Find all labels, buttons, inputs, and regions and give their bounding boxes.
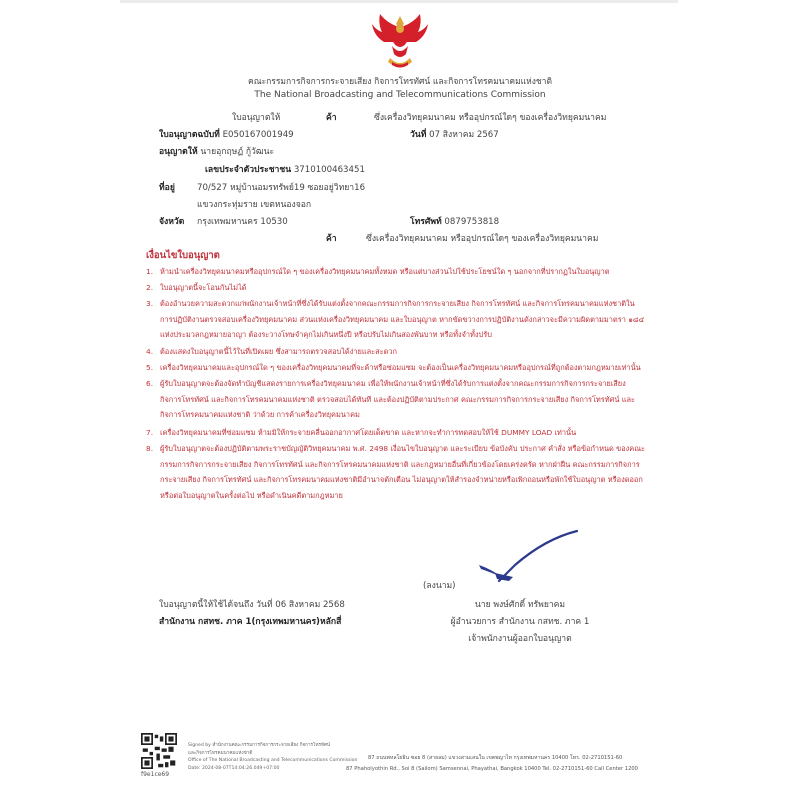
qr-code-id: f9e1ce69 xyxy=(141,771,169,778)
qr-code-icon[interactable] xyxy=(141,733,177,769)
sign-label: (ลงนาม) xyxy=(423,578,456,592)
license-number-label: ใบอนุญาตฉบับที่ xyxy=(159,130,220,140)
garuda-emblem-icon xyxy=(368,12,432,74)
trade-label: ค้า xyxy=(326,110,337,124)
license-number-value: E050167001949 xyxy=(223,130,294,140)
grant-label: ใบอนุญาตให้ xyxy=(232,110,280,124)
signer-title: ผู้อำนวยการ สำนักงาน กสทช. ภาค 1 xyxy=(400,614,640,628)
province-value: กรุงเทพมหานคร 10530 xyxy=(197,214,288,228)
condition-item: 4. ต้องแสดงใบอนุญาตนี้ไว้ในที่เปิดเผย ซึ… xyxy=(146,344,646,360)
condition-item: 7. เครื่องวิทยุคมนาคมที่ซ่อมแซม ห้ามมิให… xyxy=(146,425,646,441)
license-number-row: ใบอนุญาตฉบับที่ E050167001949 xyxy=(159,127,294,141)
agency-name-thai: คณะกรรมการกิจการกระจายเสียง กิจการโทรทัศ… xyxy=(0,74,800,88)
grantee-row: อนุญาตให้ นายอุกฤษฏ์ กู้วัฒนะ xyxy=(159,144,274,158)
valid-until: ใบอนุญาตนี้ให้ใช้ได้จนถึง วันที่ 06 สิงห… xyxy=(159,597,345,611)
condition-item: 1. ห้ามนำเครื่องวิทยุคมนาคมหรืออุปกรณ์ใด… xyxy=(146,264,646,280)
phone-row: โทรศัพท์ 0879753818 xyxy=(410,214,499,228)
issue-date-label: วันที่ xyxy=(410,130,426,140)
issue-date-row: วันที่ 07 สิงหาคม 2567 xyxy=(410,127,499,141)
issue-date-value: 07 สิงหาคม 2567 xyxy=(429,130,499,140)
signer-name: นาย พงษ์ศักดิ์ ทรัพยาคม xyxy=(400,597,640,611)
signature-mark-icon xyxy=(475,525,585,585)
phone-label: โทรศัพท์ xyxy=(410,217,442,227)
condition-item: 5. เครื่องวิทยุคมนาคมและอุปกรณ์ใด ๆ ของเ… xyxy=(146,360,646,376)
citizen-id-row: เลขประจำตัวประชาชน 3710100463451 xyxy=(205,162,365,176)
signer-role: เจ้าพนักงานผู้ออกใบอนุญาต xyxy=(400,631,640,645)
citizen-id-value: 3710100463451 xyxy=(294,165,365,175)
footer-address-thai: 87 ถนนพหลโยธิน ซอย 8 (สายลม) แขวงสามเสนใ… xyxy=(368,754,622,762)
trade-value: ซึ่งเครื่องวิทยุคมนาคม หรืออุปกรณ์ใดๆ ขอ… xyxy=(374,110,606,124)
signed-date: Date: 2024-08-07T14:04:26.049+07:00 xyxy=(188,766,279,771)
address-line-1: 70/527 หมู่บ้านอมรทรัพย์19 ซอยอยู่วิทยา1… xyxy=(197,180,365,194)
agency-name-english: The National Broadcasting and Telecommun… xyxy=(0,90,800,100)
license-document: คณะกรรมการกิจการกระจายเสียง กิจการโทรทัศ… xyxy=(0,0,800,800)
address-label: ที่อยู่ xyxy=(159,180,175,194)
trade-label-2: ค้า xyxy=(326,231,337,245)
province-label: จังหวัด xyxy=(159,214,184,228)
condition-item: 8. ผู้รับใบอนุญาตจะต้องปฏิบัติตามพระราชบ… xyxy=(146,441,646,505)
issuing-office: สำนักงาน กสทช. ภาค 1(กรุงเทพมหานคร)หลักส… xyxy=(159,614,341,628)
condition-item: 6. ผู้รับใบอนุญาตจะต้องจัดทำบัญชีแสดงราย… xyxy=(146,376,646,424)
address-line-2: แขวงกระทุ่มราย เขตหนองจอก xyxy=(197,197,311,211)
condition-item: 3. ต้องอำนวยความสะดวกแก่พนักงานเจ้าหน้าท… xyxy=(146,296,646,344)
condition-item: 2. ใบอนุญาตนี้จะโอนกันไม่ได้ xyxy=(146,280,646,296)
citizen-id-label: เลขประจำตัวประชาชน xyxy=(205,165,291,175)
grantee-value: นายอุกฤษฏ์ กู้วัฒนะ xyxy=(200,147,274,157)
phone-value: 0879753818 xyxy=(444,217,499,227)
footer-address-english: 87 Phaholyothin Rd., Soi 8 (Sailom) Sams… xyxy=(346,766,638,772)
conditions-title: เงื่อนไขใบอนุญาต xyxy=(146,248,220,263)
signed-by-line-3: Office of The National Broadcasting and … xyxy=(188,758,357,763)
signed-by-line-2: และกิจการโทรคมนาคมแห่งชาติ xyxy=(188,750,252,757)
signed-by-line-1: Signed by สำนักงานคณะกรรมการกิจการกระจาย… xyxy=(188,742,330,749)
grantee-label: อนุญาตให้ xyxy=(159,147,198,157)
trade-value-2: ซึ่งเครื่องวิทยุคมนาคม หรืออุปกรณ์ใดๆ ขอ… xyxy=(366,231,598,245)
